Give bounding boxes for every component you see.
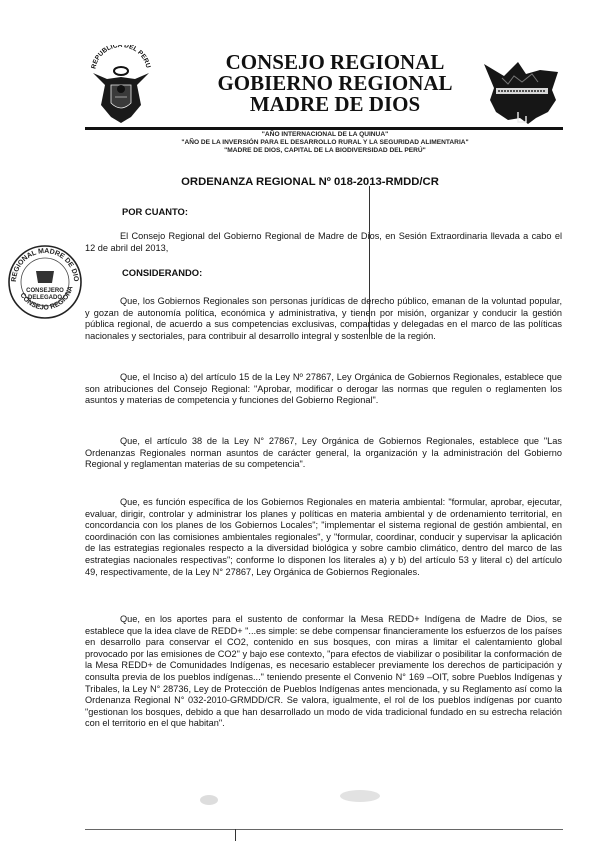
scan-noise bbox=[200, 795, 218, 805]
svg-text:DELEGADO: DELEGADO bbox=[28, 295, 62, 301]
header-line-3: MADRE DE DIOS bbox=[200, 94, 470, 115]
official-seal-icon: REGIONAL MADRE DE DIOS CONSEJO REGIONAL … bbox=[6, 243, 84, 321]
considerando-heading: CONSIDERANDO: bbox=[122, 267, 202, 278]
considerando-paragraph-2: Que, el Inciso a) del artículo 15 de la … bbox=[85, 372, 562, 407]
motto-2: "AÑO DE LA INVERSIÓN PARA EL DESARROLLO … bbox=[90, 139, 560, 147]
madre-de-dios-regional-emblem-icon bbox=[478, 60, 564, 126]
scan-noise bbox=[340, 790, 380, 802]
svg-text:REPUBLICA DEL PERU: REPUBLICA DEL PERU bbox=[90, 45, 151, 70]
scan-artifact-line bbox=[369, 186, 370, 336]
considerando-paragraph-4: Que, es función específica de los Gobier… bbox=[85, 497, 562, 578]
svg-text:CONSEJERO: CONSEJERO bbox=[26, 288, 64, 294]
motto-3: "MADRE DE DIOS, CAPITAL DE LA BIODIVERSI… bbox=[90, 147, 560, 155]
peru-coat-of-arms-icon: REPUBLICA DEL PERU bbox=[85, 45, 157, 125]
por-cuanto-heading: POR CUANTO: bbox=[122, 206, 188, 217]
document-page: REPUBLICA DEL PERU CONSEJO REGIONAL GOBI… bbox=[0, 0, 595, 841]
header-line-2: GOBIERNO REGIONAL bbox=[200, 73, 470, 94]
year-mottos: "AÑO INTERNACIONAL DE LA QUINUA" "AÑO DE… bbox=[90, 131, 560, 155]
por-cuanto-paragraph: El Consejo Regional del Gobierno Regiona… bbox=[85, 231, 562, 254]
considerando-paragraph-3: Que, el artículo 38 de la Ley N° 27867, … bbox=[85, 436, 562, 471]
considerando-paragraph-5: Que, en los aportes para el sustento de … bbox=[85, 614, 562, 730]
considerando-paragraph-1: Que, los Gobiernos Regionales son person… bbox=[85, 296, 562, 342]
ordinance-title: ORDENANZA REGIONAL Nº 018-2013-RMDD/CR bbox=[160, 176, 460, 188]
header-line-1: CONSEJO REGIONAL bbox=[200, 52, 470, 73]
header-divider bbox=[85, 127, 563, 130]
motto-1: "AÑO INTERNACIONAL DE LA QUINUA" bbox=[90, 131, 560, 139]
scan-artifact-tick bbox=[235, 829, 236, 841]
council-header-title: CONSEJO REGIONAL GOBIERNO REGIONAL MADRE… bbox=[200, 52, 470, 115]
scan-artifact-bottom-rule bbox=[85, 829, 563, 830]
